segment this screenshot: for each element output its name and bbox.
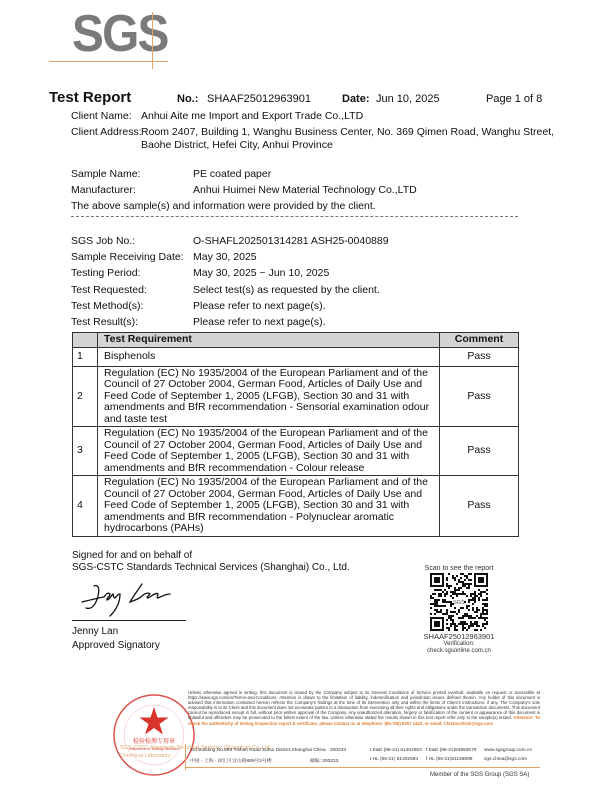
test-requirement: Regulation (EC) No 1935/2004 of the Euro… (98, 476, 440, 537)
footer-accent-horizontal (185, 767, 540, 768)
job-field-label: Testing Period: (71, 267, 140, 280)
test-comment: Pass (440, 427, 519, 476)
manufacturer-label: Manufacturer: (71, 184, 136, 197)
report-date: Jun 10, 2025 (376, 93, 440, 105)
test-requirement: Bisphenols (98, 347, 440, 366)
job-field-value: Please refer to next page(s). (193, 316, 326, 329)
table-row: 4Regulation (EC) No 1935/2004 of the Eur… (73, 476, 519, 537)
table-row: 2Regulation (EC) No 1935/2004 of the Eur… (73, 366, 519, 427)
manufacturer: Anhui Huimei New Material Technology Co.… (193, 184, 417, 197)
dashed-divider (71, 216, 518, 217)
logo-accent-vertical (152, 12, 153, 69)
qr-code[interactable]: SGS (430, 573, 488, 631)
official-seal-stamp: 检验检测专用章 Inspection & Testing Services (112, 693, 196, 777)
stamp-cn-text: 检验检测专用章 (133, 737, 175, 745)
sample-name-label: Sample Name: (71, 168, 140, 181)
verification-url[interactable]: check.sgsonline.com.cn (414, 648, 504, 654)
report-number-label: No.: (177, 93, 198, 105)
page-number: Page 1 of 8 (486, 93, 542, 105)
phone-hl: t HL (86-21) 61402594 (370, 757, 418, 762)
client-address-line2: Baohe District, Hefei City, Anhui Provin… (141, 139, 333, 152)
job-field-label: Test Requested: (71, 284, 147, 297)
job-field-value: Select test(s) as requested by the clien… (193, 284, 380, 297)
report-title: Test Report (49, 89, 131, 106)
job-field-label: Test Method(s): (71, 300, 143, 313)
row-number: 1 (73, 347, 98, 366)
table-row: 3Regulation (EC) No 1935/2004 of the Eur… (73, 427, 519, 476)
test-comment: Pass (440, 476, 519, 537)
report-date-label: Date: (342, 93, 370, 105)
sample-name: PE coated paper (193, 168, 271, 181)
email-link[interactable]: sgs.china@sgs.com (484, 757, 527, 762)
lab-department: Chemical Laboratory (120, 753, 171, 759)
signatory-name: Jenny Lan (72, 626, 118, 638)
signatory-role: Approved Signatory (72, 640, 160, 652)
table-header-num (73, 333, 98, 348)
signed-on-behalf: Signed for and on behalf of (72, 550, 192, 562)
fax-ee: f E&E (86-21)64953679 (426, 748, 476, 753)
client-address-line1: Room 2407, Building 1, Wanghu Business C… (141, 126, 554, 139)
job-field-value: May 30, 2025 (193, 251, 257, 264)
job-field-label: Test Result(s): (71, 316, 138, 329)
svg-text:SGS: SGS (453, 600, 465, 606)
legal-disclaimer: Unless otherwise agreed in writing, this… (188, 690, 540, 726)
qr-report-number: SHAAF25012963901 (414, 632, 504, 641)
client-address-label: Client Address: (71, 126, 142, 139)
signing-company: SGS-CSTC Standards Technical Services (S… (72, 562, 350, 574)
fax-hl: f HL (86-21)61156899 (426, 757, 472, 762)
sgs-logo: SGS (72, 8, 168, 60)
test-requirements-table: Test Requirement Comment 1BisphenolsPass… (72, 332, 519, 537)
website-link[interactable]: www.sgsgroup.com.cn (484, 748, 532, 753)
phone-ee: t E&E (86-21) 61402553 (370, 748, 422, 753)
postcode-en: 200233 (330, 748, 346, 753)
verification-label: Verification: (414, 641, 504, 647)
signature-line (72, 620, 186, 621)
test-comment: Pass (440, 347, 519, 366)
test-comment: Pass (440, 366, 519, 427)
job-field-value: Please refer to next page(s). (193, 300, 326, 313)
row-number: 2 (73, 366, 98, 427)
address-cn: 中国 · 上海 · 徐汇区宜山路889号3号楼 (190, 757, 272, 764)
sample-note: The above sample(s) and information were… (71, 200, 376, 213)
table-header-comment: Comment (440, 333, 519, 348)
job-field-value: O-SHAFL202501314281 ASH25-0040889 (193, 235, 389, 248)
handwritten-signature (80, 578, 180, 620)
test-requirement: Regulation (EC) No 1935/2004 of the Euro… (98, 427, 440, 476)
client-name: Anhui Aite me Import and Export Trade Co… (141, 110, 363, 123)
job-field-label: SGS Job No.: (71, 235, 135, 248)
postcode-cn: 邮编: 200233 (310, 757, 338, 764)
client-name-label: Client Name: (71, 110, 132, 123)
job-field-value: May 30, 2025 ~ Jun 10, 2025 (193, 267, 329, 280)
row-number: 3 (73, 427, 98, 476)
report-number: SHAAF25012963901 (207, 93, 311, 105)
member-statement: Member of the SGS Group (SGS SA) (430, 772, 529, 778)
logo-accent-horizontal (49, 61, 168, 62)
row-number: 4 (73, 476, 98, 537)
address-en: 3rd Building,No.889 Yishan Road Xuhui Di… (190, 748, 326, 753)
job-field-label: Sample Receiving Date: (71, 251, 184, 264)
table-row: 1BisphenolsPass (73, 347, 519, 366)
test-requirement: Regulation (EC) No 1935/2004 of the Euro… (98, 366, 440, 427)
qr-caption: Scan to see the report (414, 565, 504, 572)
table-header-requirement: Test Requirement (98, 333, 440, 348)
